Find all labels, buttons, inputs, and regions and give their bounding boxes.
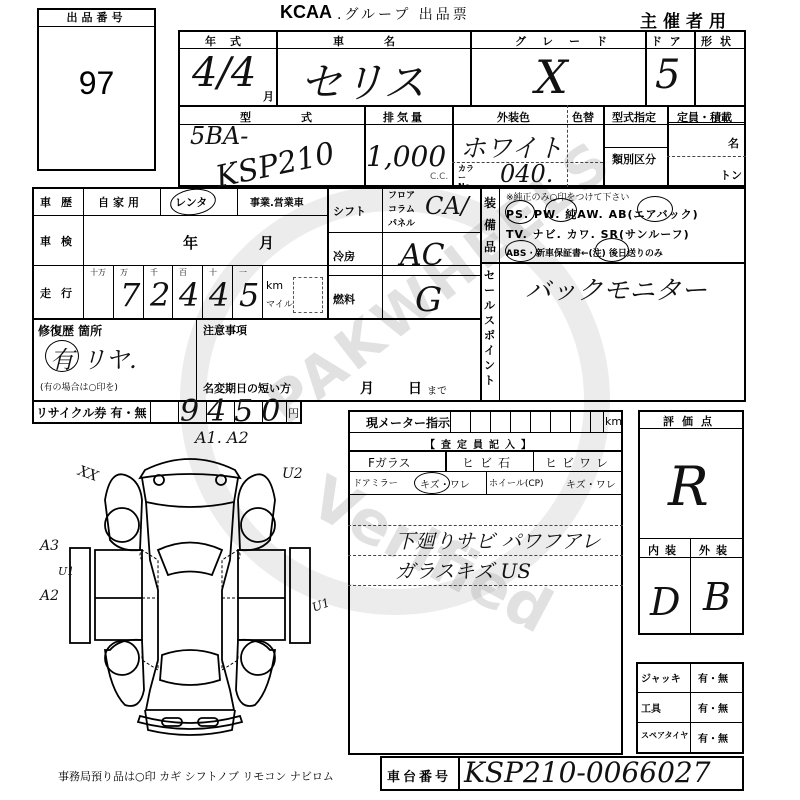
- tool-label: スペアタイヤ: [641, 730, 688, 741]
- history-business[interactable]: 事業.営業車: [250, 194, 304, 209]
- capacity-ton-unit: トン: [720, 167, 742, 183]
- recycle-unit: 円: [288, 405, 299, 421]
- mirror-circle-mark: [414, 472, 450, 494]
- history-label: 車歴: [40, 194, 82, 210]
- score-label: 評価点: [663, 413, 720, 429]
- equipment-label: 装備品: [484, 192, 496, 258]
- km-label: km: [266, 279, 283, 292]
- meter-unit: km: [605, 415, 622, 428]
- damage-mark-left-rear-door: A2: [40, 588, 59, 604]
- mileage-digit-value: 7: [120, 276, 140, 314]
- score-value: R: [668, 455, 709, 518]
- damage-mark-front-right: U2: [282, 466, 303, 482]
- inspector-notes-2: ガラスキズ US: [395, 555, 531, 584]
- model-label: 型式: [240, 109, 362, 125]
- interior-label: 内装: [648, 542, 682, 558]
- equipment-row-2[interactable]: TV. ナビ. カワ. SR(サンルーフ): [506, 226, 690, 242]
- history-private[interactable]: 自家用: [98, 194, 143, 210]
- doors-label: ドア: [651, 33, 689, 49]
- displacement-value: 1,000: [366, 140, 446, 173]
- inspection-label: 車検: [40, 233, 82, 249]
- lot-number: 97: [39, 65, 154, 102]
- year-value: 4/4: [192, 50, 256, 96]
- recycle-value: 9450: [180, 394, 288, 429]
- capacity-label: 定員・積載: [677, 109, 732, 125]
- interior-value: D: [650, 580, 680, 624]
- shift-value: CA/: [425, 192, 469, 220]
- shape-label: 形状: [701, 33, 739, 49]
- tool-availability[interactable]: 有・無: [698, 670, 728, 685]
- meter-label: 現メーター指示: [366, 414, 450, 431]
- shift-option-floor[interactable]: フロア: [388, 189, 415, 203]
- ps-circle-mark: [505, 200, 535, 224]
- mileage-digit-label: 十万: [90, 267, 106, 278]
- mileage-digit-value: 4: [179, 276, 199, 314]
- month-suffix: 月: [263, 88, 274, 104]
- sales-point-value: バックモニター: [525, 270, 707, 307]
- shift-label: シフト: [333, 203, 366, 219]
- sales-point-label: セールスポイント: [484, 268, 496, 388]
- shift-options: フロア コラム パネル: [388, 189, 415, 231]
- damage-mark-front: A1. A2: [195, 428, 249, 447]
- abs-circle-mark: [505, 240, 537, 262]
- car-damage-diagram[interactable]: [50, 440, 330, 740]
- displacement-label: 排気量: [383, 109, 425, 125]
- color-change-label: 色替: [572, 109, 594, 125]
- inspector-label: 【査定員記入】: [425, 436, 537, 451]
- shift-option-panel[interactable]: パネル: [388, 217, 415, 231]
- class-label: 類別区分: [612, 151, 656, 167]
- wheel-label: ホイール(CP): [489, 476, 544, 489]
- name-change-until: まで: [427, 382, 447, 397]
- mileage-digit-value: 4: [209, 276, 229, 314]
- recycle-label: リサイクル券 有・無: [36, 404, 147, 421]
- model-value-prefix: 5BA-: [190, 122, 248, 150]
- lot-number-label: 出品番号: [39, 10, 154, 27]
- exterior-label: 外装: [699, 542, 733, 558]
- glass-chip-label[interactable]: ヒビ石: [462, 454, 516, 471]
- fuel-label: 燃料: [333, 291, 355, 307]
- office-items: 事務局預り品は○印 カギ シフトノブ リモコン ナビロム: [58, 768, 334, 784]
- ac-label: 冷房: [333, 248, 355, 264]
- mile-checkbox[interactable]: [293, 277, 323, 313]
- tool-availability[interactable]: 有・無: [698, 700, 728, 715]
- tool-label: ジャッキ: [641, 670, 681, 685]
- capacity-people-unit: 名: [728, 135, 739, 151]
- glass-crack-label[interactable]: ヒビワレ: [545, 454, 613, 471]
- color-no-value: 040.: [500, 160, 553, 188]
- name-change-month: 月: [360, 378, 374, 398]
- warranty-circle-mark: [595, 238, 629, 262]
- repair-circle-mark: [45, 340, 79, 372]
- mile-label: マイル: [266, 297, 293, 310]
- car-name-value: セリス: [300, 50, 425, 110]
- chassis-label: 車台番号: [387, 766, 451, 785]
- usage-label: 主催者用: [640, 7, 732, 32]
- damage-mark-left-mid: U1: [58, 565, 74, 578]
- chassis-value: KSP210-0066027: [464, 756, 711, 789]
- grade-value: X: [535, 50, 568, 104]
- wheel-options[interactable]: キズ・ワレ: [566, 476, 616, 491]
- tool-availability[interactable]: 有・無: [698, 730, 728, 745]
- car-name-label: 車名: [333, 33, 435, 49]
- mileage-digit-value: 5: [239, 276, 259, 314]
- exterior-value: B: [703, 575, 731, 619]
- pw-circle-mark: [545, 198, 577, 222]
- brand-logo: KCAA: [280, 2, 332, 23]
- doors-value: 5: [655, 52, 680, 98]
- mileage-label: 走行: [40, 285, 82, 301]
- repair-label: 修復歴 箇所: [38, 322, 102, 339]
- front-glass-label: Fガラス: [368, 454, 411, 471]
- form-title: .グループ 出品票: [337, 4, 470, 24]
- cc-unit: C.C.: [430, 172, 448, 182]
- caution-label: 注意事項: [203, 322, 247, 338]
- shift-option-column[interactable]: コラム: [388, 203, 415, 217]
- lot-number-box: 出品番号 97: [37, 8, 156, 171]
- repair-note: (有の場合は○印を): [40, 380, 118, 393]
- inspector-notes-1: 下廻りサビ パワフアレ: [395, 525, 601, 554]
- inspection-year-unit: 年: [183, 232, 198, 253]
- color-label: 外装色: [497, 109, 530, 125]
- name-change-day: 日: [408, 378, 422, 398]
- ab-circle-mark: [637, 196, 673, 222]
- tool-label: 工具: [641, 700, 661, 715]
- damage-mark-left-front-door: A3: [40, 538, 59, 554]
- inspection-month-unit: 月: [259, 232, 274, 253]
- mileage-digit-value: 2: [150, 276, 170, 314]
- ac-value: AC: [400, 238, 445, 273]
- grade-label: グレード: [515, 33, 623, 49]
- mirror-label: ドアミラー: [353, 476, 398, 489]
- type-designation-label: 型式指定: [612, 109, 656, 125]
- year-label: 年式: [205, 33, 255, 49]
- fuel-value: G: [415, 280, 442, 320]
